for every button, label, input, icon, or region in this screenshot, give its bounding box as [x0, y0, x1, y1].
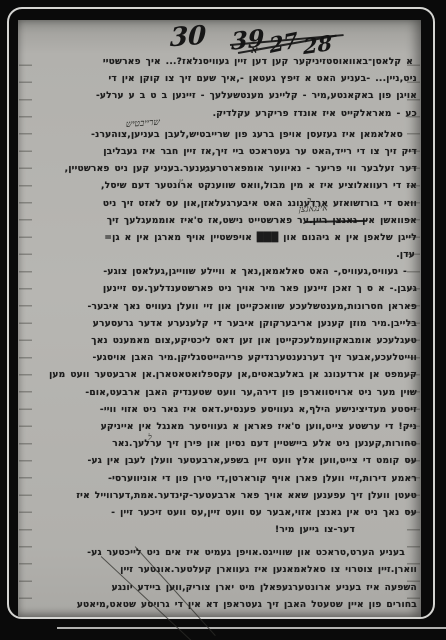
text-line: בלייבן.מיר מוזן קענען אריבערקוקן איבער ד… — [27, 316, 417, 333]
text-line: דער זעלבער ווי פריער - נאיווער אומפארטרע… — [27, 161, 417, 178]
text-line: אז די רעוואלוציע איז א מין מבול,וואס שוו… — [27, 178, 417, 195]
text-line: טעגלעכע אומבאקוועמלעכקייטן און זען דאס ל… — [27, 333, 417, 350]
text-line: דער-צו גייען מיר! — [27, 522, 417, 539]
text-line: זיסטע מעדיצינישע הילף,א געוויסע פענסיע.ד… — [27, 402, 417, 419]
text-line: לייגן שלאפן אין א גיהנום און ███ אויפשטי… — [27, 230, 417, 247]
text-line: קעמפט אן ארדענונג אן באלעבאטים,אן עקספלו… — [27, 367, 417, 384]
text-line: בחורים פון איין שטעטל האבן זיך געטראפן ד… — [27, 597, 417, 614]
text-line: אפוואשן אין גאנצן ריין.ער פארשטייט נישט,… — [27, 213, 417, 230]
text-line: ווייטלעכע,אבער זיך דערנענטערנדיקע פרייהי… — [27, 350, 417, 367]
text-line: א קלאסן־באוואוסטזיניקער קען דען זיין געו… — [27, 54, 417, 71]
paper-sheet: א קלאסן־באוואוסטזיניקער קען דען זיין געו… — [18, 20, 421, 617]
text-line: טעטן וועלן זיך עפענען שאא אויך פאר ארבעט… — [27, 488, 417, 505]
text-line: סחורות,קענען ניט אלע ביישטיין דעם נסיון … — [27, 436, 417, 453]
text-line: עדן. — [27, 247, 417, 264]
text-line: ווארן.זיין צוטרוי צו סאלאמאנען איז געווא… — [27, 562, 417, 579]
text-line: דיק זיך צו די רייד,האט ער געטראכט ביי זי… — [27, 144, 417, 161]
text-line: ניק! די ערשטע צייט,ווען ס'איז פאראן א גע… — [27, 419, 417, 436]
text-line: אויגן פון באקאנטע,מיר - קליינע מענטשעלעך… — [27, 88, 417, 105]
text-line: בעניע הערט,טראכט און שווייגט.אויפן געמיט… — [27, 545, 417, 562]
scanned-page: א קלאסן־באוואוסטזיניקער קען דען זיין געו… — [0, 0, 446, 640]
text-line: ראמע דירות,זיי וועלן פארן אויף קורארטן,ד… — [27, 471, 417, 488]
text-line: - געוויס,געוויס,- האט סאלאמאן,נאך א וויי… — [27, 264, 417, 281]
typewritten-text-block: א קלאסן־באוואוסטזיניקער קען דען זיין געו… — [27, 54, 417, 614]
text-line: פאראן חסרונות,מענטשלעכע שוואכקייטן און ז… — [27, 299, 417, 316]
text-line: עס קומט די צייט,ווען אלץ וועט זיין בשפע,… — [27, 453, 417, 470]
text-line: סאלאמאן איז געזעסן אויפן ברעג פון שרייבט… — [27, 127, 417, 144]
text-line: וואס די בורזשואזע ארדענונג האט איבערגעלא… — [27, 196, 417, 213]
text-line: ניט,ניין... -בעניע האט א זיפץ געטאן -,אי… — [27, 71, 417, 88]
text-line: שוין מער ניט ארויסווארפן פון דירה,ער ווע… — [27, 385, 417, 402]
text-line: עס נאך ניט אין גאנצן אזוי,אבער עס וועט ז… — [27, 505, 417, 522]
text-line: השפעה איז בעניע ארונטערגעפאלן מיט יארן צ… — [27, 580, 417, 597]
scan-edge-line — [57, 627, 446, 629]
text-line: געבן.- א ס ך זאכן זיינען פאר מיר אויך ני… — [27, 281, 417, 298]
text-line: כע - מאראלקייט איז אונדז פריקרע עקלדיק. — [27, 106, 417, 123]
